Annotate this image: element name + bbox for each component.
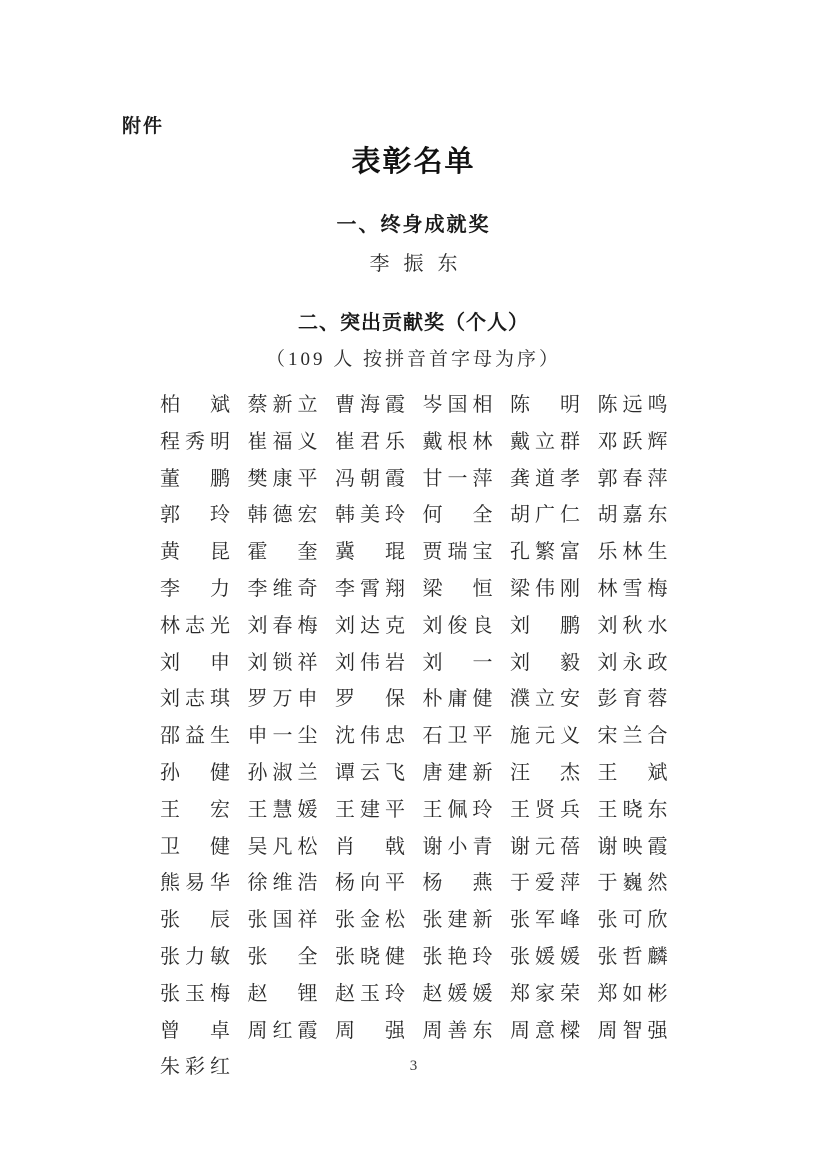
recipient-name: 孔繁富 bbox=[510, 534, 598, 571]
recipient-name: 赵玉玲 bbox=[335, 976, 423, 1013]
recipient-name: 张军峰 bbox=[510, 902, 598, 939]
recipient-name: 罗 保 bbox=[335, 681, 423, 718]
recipient-name: 甘一萍 bbox=[423, 461, 511, 498]
recipient-name: 于爱萍 bbox=[510, 865, 598, 902]
recipient-name: 赵媛媛 bbox=[423, 976, 511, 1013]
recipient-name: 孙淑兰 bbox=[248, 755, 336, 792]
recipient-name: 韩美玲 bbox=[335, 497, 423, 534]
recipient-name: 胡嘉东 bbox=[598, 497, 686, 534]
section-1-heading: 一、终身成就奖 bbox=[0, 208, 827, 237]
recipient-name: 张建新 bbox=[423, 902, 511, 939]
recipient-name: 孙 健 bbox=[160, 755, 248, 792]
recipient-name: 唐建新 bbox=[423, 755, 511, 792]
recipient-name: 杨向平 bbox=[335, 865, 423, 902]
recipient-name: 戴根林 bbox=[423, 424, 511, 461]
recipient-name: 徐维浩 bbox=[248, 865, 336, 902]
recipient-name: 于巍然 bbox=[598, 865, 686, 902]
recipient-name: 梁 恒 bbox=[423, 571, 511, 608]
recipient-name: 赵 锂 bbox=[248, 976, 336, 1013]
recipient-name: 张可欣 bbox=[598, 902, 686, 939]
recipient-name: 施元义 bbox=[510, 718, 598, 755]
recipient-name: 陈 明 bbox=[510, 387, 598, 424]
recipient-name: 谢小青 bbox=[423, 829, 511, 866]
recipient-name: 刘 申 bbox=[160, 645, 248, 682]
recipient-name: 濮立安 bbox=[510, 681, 598, 718]
recipient-name: 郭 玲 bbox=[160, 497, 248, 534]
recipient-name: 贾瑞宝 bbox=[423, 534, 511, 571]
recipient-name: 张晓健 bbox=[335, 939, 423, 976]
page-title: 表彰名单 bbox=[0, 139, 827, 180]
recipient-name: 肖 戟 bbox=[335, 829, 423, 866]
recipient-name: 谭云飞 bbox=[335, 755, 423, 792]
recipient-name: 邵益生 bbox=[160, 718, 248, 755]
recipient-name: 吴凡松 bbox=[248, 829, 336, 866]
recipient-name: 汪 杰 bbox=[510, 755, 598, 792]
recipient-name: 曾 卓 bbox=[160, 1013, 248, 1050]
section-2-heading: 二、突出贡献奖（个人） bbox=[0, 306, 827, 335]
recipient-name: 张金松 bbox=[335, 902, 423, 939]
recipient-name: 张国祥 bbox=[248, 902, 336, 939]
recipient-name: 李霄翔 bbox=[335, 571, 423, 608]
recipient-name: 沈伟忠 bbox=[335, 718, 423, 755]
recipient-name: 郑如彬 bbox=[598, 976, 686, 1013]
recipient-name: 崔君乐 bbox=[335, 424, 423, 461]
recipient-name: 邓跃辉 bbox=[598, 424, 686, 461]
recipient-name: 刘伟岩 bbox=[335, 645, 423, 682]
recipient-name: 张 辰 bbox=[160, 902, 248, 939]
recipient-name: 张媛媛 bbox=[510, 939, 598, 976]
recipient-name: 宋兰合 bbox=[598, 718, 686, 755]
recipient-name: 霍 奎 bbox=[248, 534, 336, 571]
recipient-name: 曹海霞 bbox=[335, 387, 423, 424]
recipient-name: 陈远鸣 bbox=[598, 387, 686, 424]
recipient-name: 王晓东 bbox=[598, 792, 686, 829]
recipient-name: 崔福义 bbox=[248, 424, 336, 461]
recipient-name: 周智强 bbox=[598, 1013, 686, 1050]
document-page: 附件 表彰名单 一、终身成就奖 李振东 二、突出贡献奖（个人） （109 人 按… bbox=[0, 0, 827, 1170]
recipient-name: 刘秋水 bbox=[598, 608, 686, 645]
recipient-name: 石卫平 bbox=[423, 718, 511, 755]
recipient-name: 王佩玲 bbox=[423, 792, 511, 829]
recipient-name: 彭育蓉 bbox=[598, 681, 686, 718]
recipient-name: 杨 燕 bbox=[423, 865, 511, 902]
recipient-name: 刘 鹏 bbox=[510, 608, 598, 645]
recipient-name: 刘永政 bbox=[598, 645, 686, 682]
recipient-name: 周善东 bbox=[423, 1013, 511, 1050]
recipient-name: 刘志琪 bbox=[160, 681, 248, 718]
recipient-name: 刘 一 bbox=[423, 645, 511, 682]
recipient-name: 朴庸健 bbox=[423, 681, 511, 718]
recipient-name: 胡广仁 bbox=[510, 497, 598, 534]
recipient-name: 王建平 bbox=[335, 792, 423, 829]
page-number: 3 bbox=[0, 1058, 827, 1075]
recipient-name: 申一尘 bbox=[248, 718, 336, 755]
recipient-name: 柏 斌 bbox=[160, 387, 248, 424]
recipient-name: 岑国相 bbox=[423, 387, 511, 424]
recipient-name: 何 全 bbox=[423, 497, 511, 534]
recipient-name: 王贤兵 bbox=[510, 792, 598, 829]
recipient-name: 李 力 bbox=[160, 571, 248, 608]
recipient-name: 龚道孝 bbox=[510, 461, 598, 498]
recipient-name: 王 宏 bbox=[160, 792, 248, 829]
section-2-note: （109 人 按拼音首字母为序） bbox=[0, 344, 827, 371]
recipient-name: 刘 毅 bbox=[510, 645, 598, 682]
recipient-name: 熊易华 bbox=[160, 865, 248, 902]
recipient-name: 梁伟刚 bbox=[510, 571, 598, 608]
recipient-name: 谢元蓓 bbox=[510, 829, 598, 866]
recipient-name: 刘春梅 bbox=[248, 608, 336, 645]
recipient-name: 刘俊良 bbox=[423, 608, 511, 645]
recipient-name: 蔡新立 bbox=[248, 387, 336, 424]
recipient-name: 戴立群 bbox=[510, 424, 598, 461]
recipient-name: 程秀明 bbox=[160, 424, 248, 461]
recipient-name: 冀 琨 bbox=[335, 534, 423, 571]
recipient-name: 王慧媛 bbox=[248, 792, 336, 829]
recipient-name: 樊康平 bbox=[248, 461, 336, 498]
names-grid: 柏 斌蔡新立曹海霞岑国相陈 明陈远鸣程秀明崔福义崔君乐戴根林戴立群邓跃辉董 鹏樊… bbox=[160, 387, 687, 1086]
attachment-label: 附件 bbox=[122, 111, 164, 138]
lifetime-award-recipient: 李振东 bbox=[0, 247, 827, 276]
recipient-name: 刘达克 bbox=[335, 608, 423, 645]
recipient-name: 王 斌 bbox=[598, 755, 686, 792]
recipient-name: 郭春萍 bbox=[598, 461, 686, 498]
recipient-name: 张艳玲 bbox=[423, 939, 511, 976]
recipient-name: 林志光 bbox=[160, 608, 248, 645]
recipient-name: 张哲麟 bbox=[598, 939, 686, 976]
recipient-name: 周意樑 bbox=[510, 1013, 598, 1050]
recipient-name: 李维奇 bbox=[248, 571, 336, 608]
recipient-name: 周红霞 bbox=[248, 1013, 336, 1050]
recipient-name: 周 强 bbox=[335, 1013, 423, 1050]
recipient-name: 董 鹏 bbox=[160, 461, 248, 498]
recipient-name: 黄 昆 bbox=[160, 534, 248, 571]
recipient-name: 林雪梅 bbox=[598, 571, 686, 608]
recipient-name: 乐林生 bbox=[598, 534, 686, 571]
recipient-name: 张力敏 bbox=[160, 939, 248, 976]
recipient-name: 谢映霞 bbox=[598, 829, 686, 866]
recipient-name: 罗万申 bbox=[248, 681, 336, 718]
recipient-name: 张 全 bbox=[248, 939, 336, 976]
recipient-name: 韩德宏 bbox=[248, 497, 336, 534]
recipient-name: 刘锁祥 bbox=[248, 645, 336, 682]
recipient-name: 卫 健 bbox=[160, 829, 248, 866]
recipient-name: 郑家荣 bbox=[510, 976, 598, 1013]
recipient-name: 张玉梅 bbox=[160, 976, 248, 1013]
recipient-name: 冯朝霞 bbox=[335, 461, 423, 498]
